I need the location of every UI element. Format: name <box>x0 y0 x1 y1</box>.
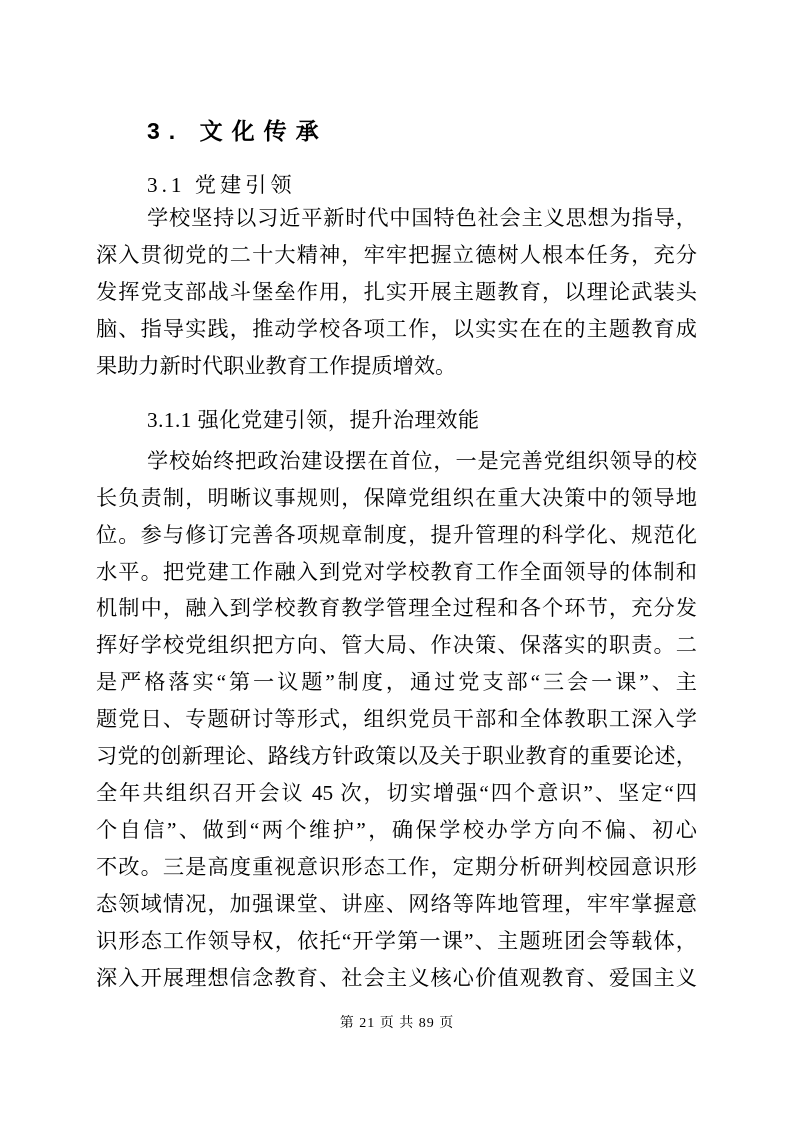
paragraph-line: 水平。把党建工作融入到党对学校教育工作全面领导的体制和 <box>96 554 697 591</box>
paragraph-line: 挥好学校党组织把方向、管大局、作决策、保落实的职责。二 <box>96 627 697 664</box>
paragraph-line: 学校坚持以习近平新时代中国特色社会主义思想为指导， <box>96 200 697 237</box>
chapter-heading: 3. 文化传承 <box>96 116 697 146</box>
paragraph-line: 是严格落实“第一议题”制度，通过党支部“三会一课”、主 <box>96 664 697 701</box>
paragraph-2: 学校始终把政治建设摆在首位，一是完善党组织领导的校 长负责制，明晰议事规则，保障… <box>96 443 697 997</box>
paragraph-line: 机制中，融入到学校教育教学管理全过程和各个环节，充分发 <box>96 590 697 627</box>
paragraph-line: 果助力新时代职业教育工作提质增效。 <box>96 348 697 385</box>
document-content: 3. 文化传承 3.1 党建引领 学校坚持以习近平新时代中国特色社会主义思想为指… <box>96 0 697 997</box>
paragraph-line: 脑、指导实践，推动学校各项工作，以实实在在的主题教育成 <box>96 311 697 348</box>
paragraph-line: 深入贯彻党的二十大精神，牢牢把握立德树人根本任务，充分 <box>96 237 697 274</box>
paragraph-line: 全年共组织召开会议 45 次，切实增强“四个意识”、坚定“四 <box>96 775 697 812</box>
page-footer: 第 21 页 共 89 页 <box>0 1012 794 1032</box>
paragraph-line: 位。参与修订完善各项规章制度，提升管理的科学化、规范化 <box>96 517 697 554</box>
paragraph-line: 学校始终把政治建设摆在首位，一是完善党组织领导的校 <box>96 443 697 480</box>
subsection-heading: 3.1.1 强化党建引领，提升治理效能 <box>96 405 697 435</box>
paragraph-line: 态领域情况，加强课堂、讲座、网络等阵地管理，牢牢掌握意 <box>96 886 697 923</box>
paragraph-line: 识形态工作领导权，依托“开学第一课”、主题班团会等载体， <box>96 923 697 960</box>
paragraph-line: 习党的创新理论、路线方针政策以及关于职业教育的重要论述， <box>96 738 697 775</box>
paragraph-1: 学校坚持以习近平新时代中国特色社会主义思想为指导， 深入贯彻党的二十大精神，牢牢… <box>96 200 697 385</box>
paragraph-line: 个自信”、做到“两个维护”，确保学校办学方向不偏、初心 <box>96 812 697 849</box>
paragraph-line: 不改。三是高度重视意识形态工作，定期分析研判校园意识形 <box>96 849 697 886</box>
paragraph-line: 题党日、专题研讨等形式，组织党员干部和全体教职工深入学 <box>96 701 697 738</box>
paragraph-line: 长负责制，明晰议事规则，保障党组织在重大决策中的领导地 <box>96 480 697 517</box>
paragraph-line: 深入开展理想信念教育、社会主义核心价值观教育、爱国主义 <box>96 960 697 997</box>
section-heading: 3.1 党建引领 <box>96 170 697 200</box>
paragraph-line: 发挥党支部战斗堡垒作用，扎实开展主题教育，以理论武装头 <box>96 274 697 311</box>
document-page: 3. 文化传承 3.1 党建引领 学校坚持以习近平新时代中国特色社会主义思想为指… <box>0 0 794 1123</box>
